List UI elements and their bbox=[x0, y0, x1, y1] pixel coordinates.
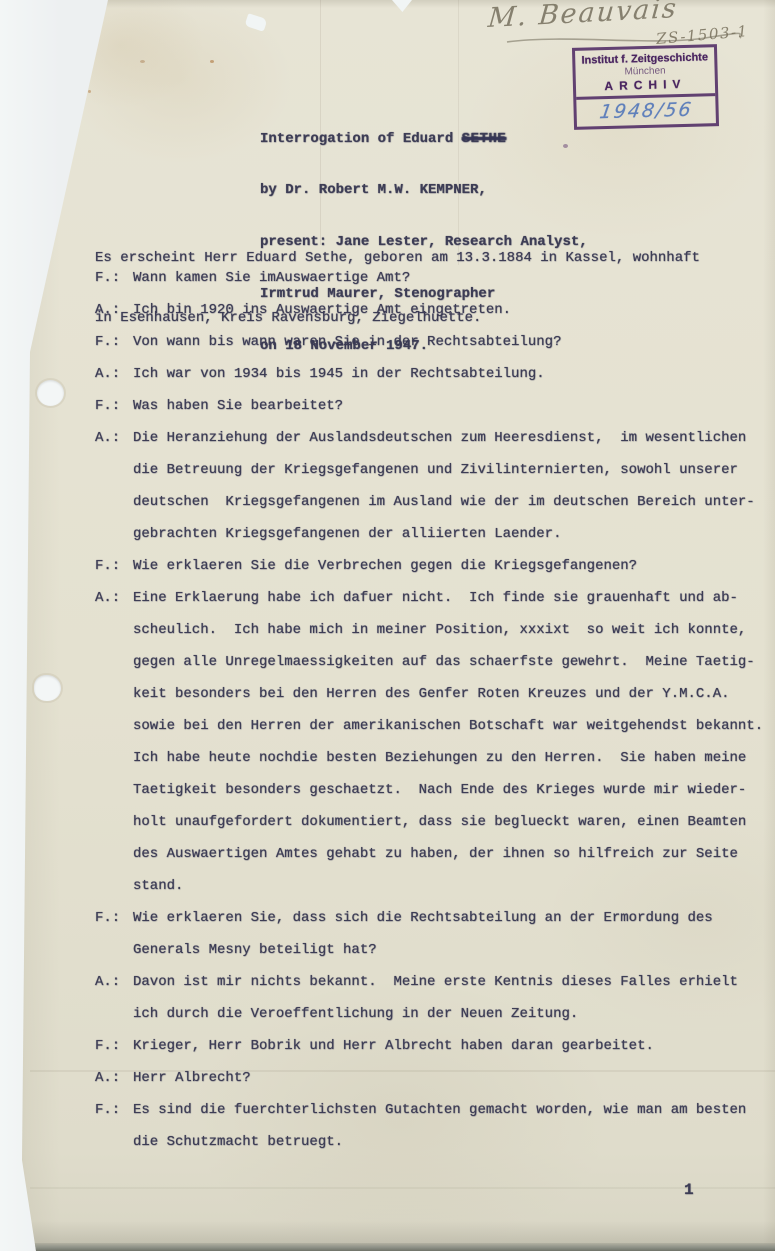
paper-speck bbox=[140, 60, 145, 63]
header-title-line: Interrogation of Eduard SETHE bbox=[260, 131, 588, 148]
speaker-label: F.: bbox=[95, 550, 120, 582]
stamp-archive-label: ARCHIV bbox=[578, 76, 713, 94]
qa-line: die Betreuung der Kriegsgefangenen und Z… bbox=[95, 454, 767, 486]
speaker-label: A.: bbox=[95, 966, 120, 998]
qa-text: scheulich. Ich habe mich in meiner Posit… bbox=[133, 622, 746, 638]
qa-text: Eine Erklaerung habe ich dafuer nicht. I… bbox=[133, 590, 738, 606]
qa-text: Ich habe heute nochdie besten Beziehunge… bbox=[133, 750, 746, 766]
qa-text: Was haben Sie bearbeitet? bbox=[133, 398, 343, 414]
qa-text: Von wann bis wann waren Sie in der Recht… bbox=[133, 334, 561, 350]
qa-block: A.:Ich war von 1934 bis 1945 in der Rech… bbox=[95, 358, 767, 390]
qa-text: Wie erklaeren Sie, dass sich die Rechtsa… bbox=[133, 910, 713, 926]
qa-line: F.:Es sind die fuerchterlichsten Gutacht… bbox=[95, 1094, 767, 1126]
qa-text: Davon ist mir nichts bekannt. Meine erst… bbox=[133, 974, 738, 990]
qa-text: gegen alle Unregelmaessigkeiten auf das … bbox=[133, 654, 755, 670]
qa-line: A.:Ich war von 1934 bis 1945 in der Rech… bbox=[95, 358, 767, 390]
page-bottom-edge bbox=[26, 1243, 775, 1251]
qa-text: Generals Mesny beteiligt hat? bbox=[133, 942, 377, 958]
header-line: by Dr. Robert M.W. KEMPNER, bbox=[260, 182, 588, 199]
qa-line: Generals Mesny beteiligt hat? bbox=[95, 934, 767, 966]
speaker-label: A.: bbox=[95, 422, 120, 454]
qa-line: gegen alle Unregelmaessigkeiten auf das … bbox=[95, 646, 767, 678]
qa-line: stand. bbox=[95, 870, 767, 902]
qa-text: gebrachten Kriegsgefangenen der alliiert… bbox=[133, 526, 561, 542]
qa-line: sowie bei den Herren der amerikanischen … bbox=[95, 710, 767, 742]
speaker-label: F.: bbox=[95, 326, 120, 358]
qa-line: F.:Krieger, Herr Bobrik und Herr Albrech… bbox=[95, 1030, 767, 1062]
qa-text: Ich war von 1934 bis 1945 in der Rechtsa… bbox=[133, 366, 545, 382]
punch-hole bbox=[37, 380, 64, 406]
qa-block: A.:Eine Erklaerung habe ich dafuer nicht… bbox=[95, 582, 767, 902]
qa-text: die Schutzmacht betruegt. bbox=[133, 1134, 343, 1150]
qa-section: F.:Wann kamen Sie imAuswaertige Amt?A.:I… bbox=[95, 262, 767, 1158]
speaker-label: F.: bbox=[95, 902, 120, 934]
qa-text: ich durch die Veroeffentlichung in der N… bbox=[133, 1006, 578, 1022]
qa-block: F.:Was haben Sie bearbeitet? bbox=[95, 390, 767, 422]
qa-line: deutschen Kriegsgefangenen im Ausland wi… bbox=[95, 486, 767, 518]
qa-line: F.:Was haben Sie bearbeitet? bbox=[95, 390, 767, 422]
speaker-label: F.: bbox=[95, 390, 120, 422]
speaker-label: A.: bbox=[95, 582, 120, 614]
qa-text: holt unaufgefordert dokumentiert, dass s… bbox=[133, 814, 746, 830]
qa-text: deutschen Kriegsgefangenen im Ausland wi… bbox=[133, 494, 755, 510]
speaker-label: F.: bbox=[95, 1094, 120, 1126]
qa-text: des Auswaertigen Amtes gehabt zu haben, … bbox=[133, 846, 738, 862]
qa-block: F.:Wie erklaeren Sie die Verbrechen gege… bbox=[95, 550, 767, 582]
qa-line: F.:Wie erklaeren Sie die Verbrechen gege… bbox=[95, 550, 767, 582]
speaker-label: A.: bbox=[95, 358, 120, 390]
page-number: 1 bbox=[684, 1181, 694, 1199]
qa-block: F.:Von wann bis wann waren Sie in der Re… bbox=[95, 326, 767, 358]
qa-line: des Auswaertigen Amtes gehabt zu haben, … bbox=[95, 838, 767, 870]
qa-text: Es sind die fuerchterlichsten Gutachten … bbox=[133, 1102, 746, 1118]
qa-line: gebrachten Kriegsgefangenen der alliiert… bbox=[95, 518, 767, 550]
header-subject-name: SETHE bbox=[462, 131, 507, 147]
speaker-label: A.: bbox=[95, 1062, 120, 1094]
qa-line: F.:Wie erklaeren Sie, dass sich die Rech… bbox=[95, 902, 767, 934]
qa-line: A.:Eine Erklaerung habe ich dafuer nicht… bbox=[95, 582, 767, 614]
qa-text: Herr Albrecht? bbox=[133, 1070, 251, 1086]
qa-line: holt unaufgefordert dokumentiert, dass s… bbox=[95, 806, 767, 838]
header-title-prefix: Interrogation of Eduard bbox=[260, 131, 462, 147]
qa-block: A.:Davon ist mir nichts bekannt. Meine e… bbox=[95, 966, 767, 1030]
qa-line: A.:Herr Albrecht? bbox=[95, 1062, 767, 1094]
qa-text: Ich bin 1920 ins Auswaertige Amt eingetr… bbox=[133, 302, 511, 318]
crease-line bbox=[30, 1187, 775, 1189]
qa-text: Wann kamen Sie imAuswaertige Amt? bbox=[133, 270, 410, 286]
qa-block: F.:Krieger, Herr Bobrik und Herr Albrech… bbox=[95, 1030, 767, 1062]
qa-line: keit besonders bei den Herren des Genfer… bbox=[95, 678, 767, 710]
qa-block: A.:Ich bin 1920 ins Auswaertige Amt eing… bbox=[95, 294, 767, 326]
qa-line: F.:Von wann bis wann waren Sie in der Re… bbox=[95, 326, 767, 358]
speaker-label: A.: bbox=[95, 294, 120, 326]
qa-line: scheulich. Ich habe mich in meiner Posit… bbox=[95, 614, 767, 646]
qa-text: stand. bbox=[133, 878, 183, 894]
qa-block: F.:Es sind die fuerchterlichsten Gutacht… bbox=[95, 1094, 767, 1158]
qa-line: die Schutzmacht betruegt. bbox=[95, 1126, 767, 1158]
handwritten-name: M. Beauvais bbox=[487, 0, 679, 34]
punch-hole bbox=[34, 675, 61, 701]
paper-speck bbox=[88, 90, 91, 93]
qa-text: Die Heranziehung der Auslandsdeutschen z… bbox=[133, 430, 746, 446]
archive-stamp: Institut f. Zeitgeschichte München ARCHI… bbox=[572, 44, 719, 130]
qa-text: Krieger, Herr Bobrik und Herr Albrecht h… bbox=[133, 1038, 654, 1054]
stamp-number: 1948/56 bbox=[575, 96, 718, 127]
qa-text: die Betreuung der Kriegsgefangenen und Z… bbox=[133, 462, 738, 478]
qa-block: A.:Herr Albrecht? bbox=[95, 1062, 767, 1094]
qa-block: F.:Wie erklaeren Sie, dass sich die Rech… bbox=[95, 902, 767, 966]
qa-line: A.:Die Heranziehung der Auslandsdeutsche… bbox=[95, 422, 767, 454]
qa-line: A.:Ich bin 1920 ins Auswaertige Amt eing… bbox=[95, 294, 767, 326]
qa-line: F.:Wann kamen Sie imAuswaertige Amt? bbox=[95, 262, 767, 294]
speaker-label: F.: bbox=[95, 262, 120, 294]
qa-text: Wie erklaeren Sie die Verbrechen gegen d… bbox=[133, 558, 637, 574]
paper-speck bbox=[210, 60, 214, 63]
qa-line: A.:Davon ist mir nichts bekannt. Meine e… bbox=[95, 966, 767, 998]
qa-text: sowie bei den Herren der amerikanischen … bbox=[133, 718, 763, 734]
qa-line: Ich habe heute nochdie besten Beziehunge… bbox=[95, 742, 767, 774]
paper-sheet: M. Beauvais ZS-1503-1 Institut f. Zeitge… bbox=[0, 0, 775, 1251]
archive-stamp-text: Institut f. Zeitgeschichte München ARCHI… bbox=[575, 47, 715, 100]
qa-block: A.:Die Heranziehung der Auslandsdeutsche… bbox=[95, 422, 767, 550]
qa-block: F.:Wann kamen Sie imAuswaertige Amt? bbox=[95, 262, 767, 294]
qa-text: Taetigkeit besonders geschaetzt. Nach En… bbox=[133, 782, 746, 798]
speaker-label: F.: bbox=[95, 1030, 120, 1062]
qa-text: keit besonders bei den Herren des Genfer… bbox=[133, 686, 730, 702]
qa-line: Taetigkeit besonders geschaetzt. Nach En… bbox=[95, 774, 767, 806]
qa-line: ich durch die Veroeffentlichung in der N… bbox=[95, 998, 767, 1030]
